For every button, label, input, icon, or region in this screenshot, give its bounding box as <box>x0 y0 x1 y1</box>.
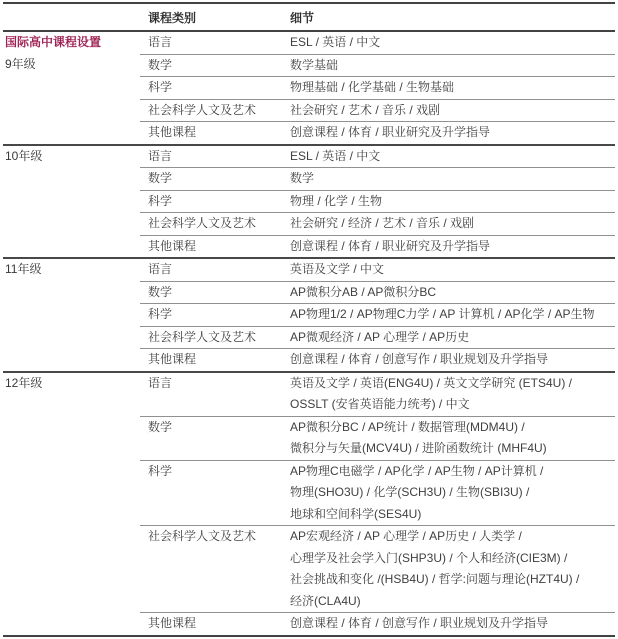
grade-label: 11年级 <box>5 259 140 281</box>
detail-cell: 创意课程 / 体育 / 创意写作 / 职业规划及升学指导 <box>290 349 615 371</box>
detail-cell: 创意课程 / 体育 / 职业研究及升学指导 <box>290 236 615 258</box>
table-row: 数学AP微积分AB / AP微积分BC <box>140 281 615 304</box>
detail-cell: ESL / 英语 / 中文 <box>290 146 615 168</box>
grade-rows: 语言英语及文学 / 中文数学AP微积分AB / AP微积分BC科学AP物理1/2… <box>140 259 615 371</box>
column-header-detail: 细节 <box>290 9 615 26</box>
table-row: 科学AP物理1/2 / AP物理C力学 / AP 计算机 / AP化学 / AP… <box>140 303 615 326</box>
detail-cell: 数学 <box>290 168 615 190</box>
grade-label: 10年级 <box>5 146 140 168</box>
category-cell: 科学 <box>140 191 290 213</box>
grade-cell: 10年级 <box>3 146 140 258</box>
detail-line: 社会挑战和变化 /(HSB4U) / 哲学:问题与理论(HZT4U) / <box>290 569 613 591</box>
detail-cell: AP微积分AB / AP微积分BC <box>290 282 615 304</box>
table-row: 社会科学人文及艺术AP宏观经济 / AP 心理学 / AP历史 / 人类学 /心… <box>140 525 615 612</box>
detail-cell: 英语及文学 / 英语(ENG4U) / 英文文学研究 (ETS4U) /OSSL… <box>290 373 615 416</box>
category-cell: 社会科学人文及艺术 <box>140 526 290 612</box>
detail-cell: 创意课程 / 体育 / 职业研究及升学指导 <box>290 122 615 144</box>
detail-line: 物理 / 化学 / 生物 <box>290 191 613 213</box>
detail-line: 物理基础 / 化学基础 / 生物基础 <box>290 77 613 99</box>
detail-cell: AP微积分BC / AP统计 / 数据管理(MDM4U) /微积分与矢量(MCV… <box>290 417 615 460</box>
category-cell: 社会科学人文及艺术 <box>140 100 290 122</box>
grade-cell: 国际高中课程设置9年级 <box>3 32 140 144</box>
detail-line: AP微观经济 / AP 心理学 / AP历史 <box>290 327 613 349</box>
detail-line: 社会研究 / 艺术 / 音乐 / 戏剧 <box>290 100 613 122</box>
detail-line: 心理学及社会学入门(SHP3U) / 个人和经济(CIE3M) / <box>290 548 613 570</box>
detail-line: AP物理C电磁学 / AP化学 / AP生物 / AP计算机 / <box>290 461 613 483</box>
category-cell: 其他课程 <box>140 349 290 371</box>
curriculum-table: 课程类别 细节 国际高中课程设置9年级语言ESL / 英语 / 中文数学数学基础… <box>3 2 615 637</box>
detail-cell: AP物理1/2 / AP物理C力学 / AP 计算机 / AP化学 / AP生物 <box>290 304 615 326</box>
table-row: 语言ESL / 英语 / 中文 <box>140 146 615 168</box>
table-row: 数学AP微积分BC / AP统计 / 数据管理(MDM4U) /微积分与矢量(M… <box>140 416 615 460</box>
table-row: 其他课程创意课程 / 体育 / 创意写作 / 职业规划及升学指导 <box>140 348 615 371</box>
detail-line: 社会研究 / 经济 / 艺术 / 音乐 / 戏剧 <box>290 213 613 235</box>
detail-line: 物理(SHO3U) / 化学(SCH3U) / 生物(SBI3U) / <box>290 482 613 504</box>
category-cell: 其他课程 <box>140 236 290 258</box>
detail-cell: AP微观经济 / AP 心理学 / AP历史 <box>290 327 615 349</box>
table-row: 语言英语及文学 / 英语(ENG4U) / 英文文学研究 (ETS4U) /OS… <box>140 373 615 416</box>
table-row: 科学物理 / 化学 / 生物 <box>140 190 615 213</box>
detail-line: 创意课程 / 体育 / 创意写作 / 职业规划及升学指导 <box>290 349 613 371</box>
detail-line: 创意课程 / 体育 / 职业研究及升学指导 <box>290 236 613 258</box>
category-cell: 社会科学人文及艺术 <box>140 213 290 235</box>
detail-cell: 数学基础 <box>290 55 615 77</box>
table-row: 社会科学人文及艺术AP微观经济 / AP 心理学 / AP历史 <box>140 326 615 349</box>
detail-line: AP宏观经济 / AP 心理学 / AP历史 / 人类学 / <box>290 526 613 548</box>
detail-line: 经济(CLA4U) <box>290 591 613 613</box>
detail-line: AP微积分AB / AP微积分BC <box>290 282 613 304</box>
detail-line: AP物理1/2 / AP物理C力学 / AP 计算机 / AP化学 / AP生物 <box>290 304 613 326</box>
detail-line: 英语及文学 / 中文 <box>290 259 613 281</box>
detail-line: 地球和空间科学(SES4U) <box>290 504 613 526</box>
grade-section: 12年级语言英语及文学 / 英语(ENG4U) / 英文文学研究 (ETS4U)… <box>3 371 615 635</box>
detail-cell: 英语及文学 / 中文 <box>290 259 615 281</box>
table-row: 语言ESL / 英语 / 中文 <box>140 32 615 54</box>
detail-cell: 物理基础 / 化学基础 / 生物基础 <box>290 77 615 99</box>
grade-section: 国际高中课程设置9年级语言ESL / 英语 / 中文数学数学基础科学物理基础 /… <box>3 32 615 144</box>
table-row: 数学数学 <box>140 167 615 190</box>
section-title: 国际高中课程设置 <box>5 32 140 54</box>
grade-cell: 11年级 <box>3 259 140 371</box>
detail-cell: ESL / 英语 / 中文 <box>290 32 615 54</box>
detail-cell: AP宏观经济 / AP 心理学 / AP历史 / 人类学 /心理学及社会学入门(… <box>290 526 615 612</box>
detail-cell: AP物理C电磁学 / AP化学 / AP生物 / AP计算机 /物理(SHO3U… <box>290 461 615 526</box>
detail-line: OSSLT (安省英语能力统考) / 中文 <box>290 394 613 416</box>
table-row: 语言英语及文学 / 中文 <box>140 259 615 281</box>
category-cell: 数学 <box>140 168 290 190</box>
table-row: 社会科学人文及艺术社会研究 / 艺术 / 音乐 / 戏剧 <box>140 99 615 122</box>
category-cell: 语言 <box>140 259 290 281</box>
detail-cell: 物理 / 化学 / 生物 <box>290 191 615 213</box>
detail-cell: 创意课程 / 体育 / 创意写作 / 职业规划及升学指导 <box>290 613 615 635</box>
category-cell: 其他课程 <box>140 613 290 635</box>
grade-cell: 12年级 <box>3 373 140 635</box>
detail-line: ESL / 英语 / 中文 <box>290 146 613 168</box>
detail-line: 数学基础 <box>290 55 613 77</box>
detail-line: 创意课程 / 体育 / 创意写作 / 职业规划及升学指导 <box>290 613 613 635</box>
category-cell: 数学 <box>140 55 290 77</box>
table-row: 科学AP物理C电磁学 / AP化学 / AP生物 / AP计算机 /物理(SHO… <box>140 460 615 526</box>
category-cell: 语言 <box>140 146 290 168</box>
detail-cell: 社会研究 / 艺术 / 音乐 / 戏剧 <box>290 100 615 122</box>
table-header-row: 课程类别 细节 <box>3 4 615 32</box>
grade-label: 9年级 <box>5 54 140 76</box>
category-cell: 科学 <box>140 77 290 99</box>
category-cell: 科学 <box>140 461 290 526</box>
detail-line: ESL / 英语 / 中文 <box>290 32 613 54</box>
detail-cell: 社会研究 / 经济 / 艺术 / 音乐 / 戏剧 <box>290 213 615 235</box>
detail-line: 英语及文学 / 英语(ENG4U) / 英文文学研究 (ETS4U) / <box>290 373 613 395</box>
detail-line: 数学 <box>290 168 613 190</box>
grade-rows: 语言英语及文学 / 英语(ENG4U) / 英文文学研究 (ETS4U) /OS… <box>140 373 615 635</box>
detail-line: 微积分与矢量(MCV4U) / 进阶函数统计 (MHF4U) <box>290 438 613 460</box>
category-cell: 科学 <box>140 304 290 326</box>
grade-section: 10年级语言ESL / 英语 / 中文数学数学科学物理 / 化学 / 生物社会科… <box>3 144 615 258</box>
grade-label: 12年级 <box>5 373 140 395</box>
detail-line: AP微积分BC / AP统计 / 数据管理(MDM4U) / <box>290 417 613 439</box>
table-row: 其他课程创意课程 / 体育 / 职业研究及升学指导 <box>140 121 615 144</box>
grade-section: 11年级语言英语及文学 / 中文数学AP微积分AB / AP微积分BC科学AP物… <box>3 257 615 371</box>
table-row: 数学数学基础 <box>140 54 615 77</box>
table-row: 其他课程创意课程 / 体育 / 创意写作 / 职业规划及升学指导 <box>140 612 615 635</box>
table-body: 国际高中课程设置9年级语言ESL / 英语 / 中文数学数学基础科学物理基础 /… <box>3 32 615 637</box>
grade-rows: 语言ESL / 英语 / 中文数学数学科学物理 / 化学 / 生物社会科学人文及… <box>140 146 615 258</box>
category-cell: 其他课程 <box>140 122 290 144</box>
table-row: 科学物理基础 / 化学基础 / 生物基础 <box>140 76 615 99</box>
category-cell: 数学 <box>140 417 290 460</box>
table-row: 其他课程创意课程 / 体育 / 职业研究及升学指导 <box>140 235 615 258</box>
category-cell: 数学 <box>140 282 290 304</box>
grade-rows: 语言ESL / 英语 / 中文数学数学基础科学物理基础 / 化学基础 / 生物基… <box>140 32 615 144</box>
table-row: 社会科学人文及艺术社会研究 / 经济 / 艺术 / 音乐 / 戏剧 <box>140 212 615 235</box>
category-cell: 语言 <box>140 373 290 416</box>
category-cell: 社会科学人文及艺术 <box>140 327 290 349</box>
detail-line: 创意课程 / 体育 / 职业研究及升学指导 <box>290 122 613 144</box>
column-header-category: 课程类别 <box>140 9 290 26</box>
category-cell: 语言 <box>140 32 290 54</box>
